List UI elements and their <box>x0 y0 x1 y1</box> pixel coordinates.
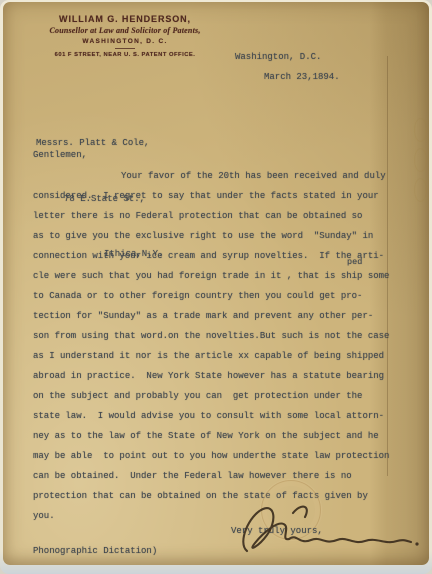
body-line: to Canada or to other foreign country th… <box>33 286 411 306</box>
paper-fold-line <box>387 56 388 476</box>
dateline-date: March 23,1894. <box>264 72 340 82</box>
body-line: son from using that word.on the noveltie… <box>33 326 411 346</box>
typed-insertion-above-line: ped <box>347 257 362 267</box>
signature-scrawl <box>233 499 425 561</box>
body-line: letter there is no Federal protection th… <box>33 206 411 226</box>
body-line: on the subject and probably you can get … <box>33 386 411 406</box>
body-line: can be obtained. Under the Federal law h… <box>33 466 411 486</box>
letterhead-title: Counsellor at Law and Solicitor of Paten… <box>29 26 221 35</box>
body-line: as I understand it nor is the article xx… <box>33 346 411 366</box>
letter-paper: WILLIAM G. HENDERSON, Counsellor at Law … <box>3 2 429 565</box>
body-line: as to give you the exclusive right to us… <box>33 226 411 246</box>
dateline-city: Washington, D.C. <box>235 52 321 62</box>
body-line: considered. I regret to say that under t… <box>33 186 411 206</box>
letterhead-name: WILLIAM G. HENDERSON, <box>29 14 221 24</box>
letterhead-city: WASHINGTON, D. C. <box>29 38 221 45</box>
body-line: ney as to the law of the State of New Yo… <box>33 426 411 446</box>
letterhead-address: 601 F STREET, NEAR U. S. PATENT OFFICE. <box>29 52 221 58</box>
body-line: abroad in practice. New York State howev… <box>33 366 411 386</box>
body-line: state law. I would advise you to consult… <box>33 406 411 426</box>
body-line: may be able to point out to you how unde… <box>33 446 411 466</box>
body-line: tection for "Sunday" as a trade mark and… <box>33 306 411 326</box>
letter-photograph: WILLIAM G. HENDERSON, Counsellor at Law … <box>0 0 432 574</box>
letter-body: Your favor of the 20th has been received… <box>33 166 411 526</box>
body-line: cle were such that you had foreign trade… <box>33 266 411 286</box>
dictation-note: Phonographic Dictation) <box>33 546 157 556</box>
letterhead-divider <box>115 48 135 49</box>
salutation: Gentlemen, <box>33 150 87 160</box>
body-line: Your favor of the 20th has been received… <box>33 166 411 186</box>
embossed-chain-marks <box>413 112 427 272</box>
letterhead: WILLIAM G. HENDERSON, Counsellor at Law … <box>29 14 221 58</box>
